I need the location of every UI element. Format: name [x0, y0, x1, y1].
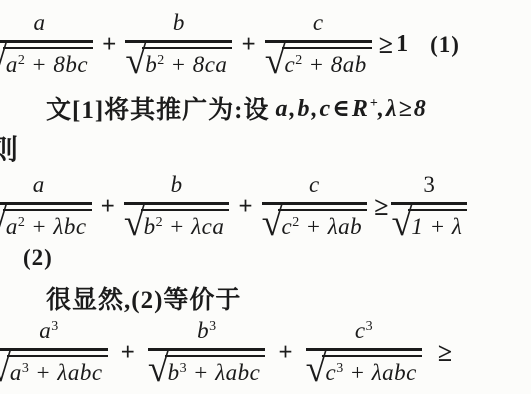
radicand-rest: + 8ab — [302, 52, 367, 77]
radicand-rest: + 8bc — [25, 52, 88, 77]
text-line-then: 则 — [0, 128, 19, 168]
exponent: 3 — [22, 361, 29, 376]
radicand: a2 + 8bc — [3, 47, 93, 78]
radical-sign: √ — [125, 44, 146, 78]
plus-operator: + — [101, 193, 115, 221]
radical-sign: √ — [0, 352, 11, 386]
numerator: b — [125, 8, 232, 40]
denominator: √ b2 + 8ca — [125, 43, 232, 81]
fraction-a: a √ a2 + λbc — [0, 170, 92, 243]
radicand-base: a — [6, 214, 18, 239]
text-line-generalization: 文[1]将其推广为:设a,b,c∈R+,λ≥8 — [46, 90, 428, 126]
plus-operator: + — [102, 31, 116, 59]
square-root: √ c2 + λab — [262, 209, 368, 243]
superscript-plus: + — [370, 96, 378, 111]
radical-sign: √ — [124, 206, 145, 240]
radicand-base: a — [6, 52, 18, 77]
square-root: √ a2 + 8bc — [0, 47, 93, 81]
radicand-base: b — [145, 52, 157, 77]
fraction-c: c √ c2 + 8ab — [265, 8, 372, 81]
radical-sign: √ — [148, 352, 169, 386]
exponent: 2 — [292, 215, 299, 230]
radicand: a2 + λbc — [3, 209, 92, 240]
plus-operator: + — [238, 193, 252, 221]
exponent: 3 — [366, 319, 373, 334]
radicand: c2 + λab — [278, 209, 367, 240]
denominator: √ a2 + 8bc — [0, 43, 93, 81]
square-root: √ a2 + λbc — [0, 209, 92, 243]
rhs-value: 1 — [396, 31, 408, 58]
square-root: √ b3 + λabc — [148, 355, 266, 389]
fraction-a: a √ a2 + 8bc — [0, 8, 93, 81]
exponent: 3 — [180, 361, 187, 376]
numerator: c — [265, 8, 372, 40]
inequality-line-3: a3 √ a3 + λabc + b3 √ b3 + λabc + c3 — [0, 316, 455, 389]
denominator: √ a3 + λabc — [0, 351, 108, 389]
plus-operator: + — [278, 339, 292, 367]
text-line-equivalent: 很显然,(2)等价于 — [46, 280, 241, 316]
inequality-line-2: a √ a2 + λbc + b √ b2 + λca + c — [0, 170, 467, 243]
radicand-base: c — [285, 52, 296, 77]
radicand: b2 + 8ca — [142, 47, 232, 78]
plus-operator: + — [121, 339, 135, 367]
exponent: 2 — [295, 53, 302, 68]
radicand-base: a — [10, 360, 22, 385]
denominator: √ c2 + λab — [262, 205, 368, 243]
fraction-b: b √ b2 + 8ca — [125, 8, 232, 81]
variables: a,b,c∈R — [275, 96, 369, 122]
square-root: √ 1 + λ — [391, 209, 467, 243]
exponent: 3 — [336, 361, 343, 376]
exponent: 3 — [51, 319, 58, 334]
math-condition: a,b,c∈R+,λ≥8 — [275, 93, 427, 123]
chinese-text: 很显然,(2)等价于 — [46, 280, 241, 316]
greater-equal-sign: ≥ — [379, 30, 393, 60]
radicand: a3 + λabc — [7, 355, 108, 386]
square-root: √ a3 + λabc — [0, 355, 108, 389]
radical-sign: √ — [306, 352, 327, 386]
inequality-line-1: a √ a2 + 8bc + b √ b2 + 8ca + c — [0, 8, 460, 81]
radicand: b2 + λca — [141, 209, 230, 240]
radicand: c3 + λabc — [322, 355, 421, 386]
fraction-c: c √ c2 + λab — [262, 170, 368, 243]
square-root: √ b2 + λca — [124, 209, 230, 243]
numerator-base: c — [355, 318, 366, 343]
numerator: b3 — [148, 316, 266, 348]
plus-operator: + — [241, 31, 255, 59]
lambda-condition: ,λ≥8 — [378, 96, 428, 122]
exponent: 3 — [209, 319, 216, 334]
numerator: a — [0, 8, 93, 40]
numerator: c3 — [306, 316, 422, 348]
greater-equal-sign: ≥ — [438, 338, 452, 368]
numerator-base: b — [197, 318, 209, 343]
numerator: a — [0, 170, 92, 202]
radicand-base: b — [168, 360, 180, 385]
radicand-base: c — [281, 214, 292, 239]
radicand-rest: + λabc — [29, 360, 103, 385]
radicand-rest: + λab — [299, 214, 362, 239]
denominator: √ a2 + λbc — [0, 205, 92, 243]
radicand-rest: + 8ca — [164, 52, 227, 77]
exponent: 2 — [157, 53, 164, 68]
exponent: 2 — [18, 53, 25, 68]
radicand-rest: + λca — [163, 214, 225, 239]
radicand: c2 + 8ab — [282, 47, 372, 78]
radicand-rest: + λabc — [187, 360, 261, 385]
radical-sign: √ — [0, 206, 7, 240]
chinese-text: 则 — [0, 128, 19, 168]
fraction-c-cubed: c3 √ c3 + λabc — [306, 316, 422, 389]
numerator: a3 — [0, 316, 108, 348]
radicand-base: b — [144, 214, 156, 239]
denominator: √ c2 + 8ab — [265, 43, 372, 81]
square-root: √ c3 + λabc — [306, 355, 422, 389]
radical-sign: √ — [391, 206, 412, 240]
fraction-a-cubed: a3 √ a3 + λabc — [0, 316, 108, 389]
square-root: √ c2 + 8ab — [265, 47, 372, 81]
radical-sign: √ — [0, 44, 7, 78]
equation-tag-line: (2) — [23, 245, 53, 271]
chinese-text: 文[1]将其推广为:设 — [46, 90, 269, 126]
square-root: √ b2 + 8ca — [125, 47, 232, 81]
radicand-base: c — [325, 360, 336, 385]
radicand-rest: + λabc — [343, 360, 417, 385]
denominator: √ c3 + λabc — [306, 351, 422, 389]
numerator: 3 — [391, 170, 467, 202]
numerator-base: a — [39, 318, 51, 343]
fraction-b: b √ b2 + λca — [124, 170, 230, 243]
exponent: 2 — [156, 215, 163, 230]
denominator: √ 1 + λ — [391, 205, 467, 243]
radicand: 1 + λ — [408, 209, 467, 240]
denominator: √ b3 + λabc — [148, 351, 266, 389]
fraction-b-cubed: b3 √ b3 + λabc — [148, 316, 266, 389]
equation-tag-2: (2) — [23, 245, 53, 271]
exponent: 2 — [18, 215, 25, 230]
radicand-rest: + λbc — [25, 214, 87, 239]
scanned-math-paper: a √ a2 + 8bc + b √ b2 + 8ca + c — [0, 0, 531, 394]
numerator: c — [262, 170, 368, 202]
numerator: b — [124, 170, 230, 202]
greater-equal-sign: ≥ — [374, 192, 388, 222]
equation-tag-1: (1) — [430, 32, 460, 58]
radical-sign: √ — [262, 206, 283, 240]
radical-sign: √ — [265, 44, 286, 78]
denominator: √ b2 + λca — [124, 205, 230, 243]
fraction-rhs: 3 √ 1 + λ — [391, 170, 467, 243]
radicand: b3 + λabc — [165, 355, 266, 386]
